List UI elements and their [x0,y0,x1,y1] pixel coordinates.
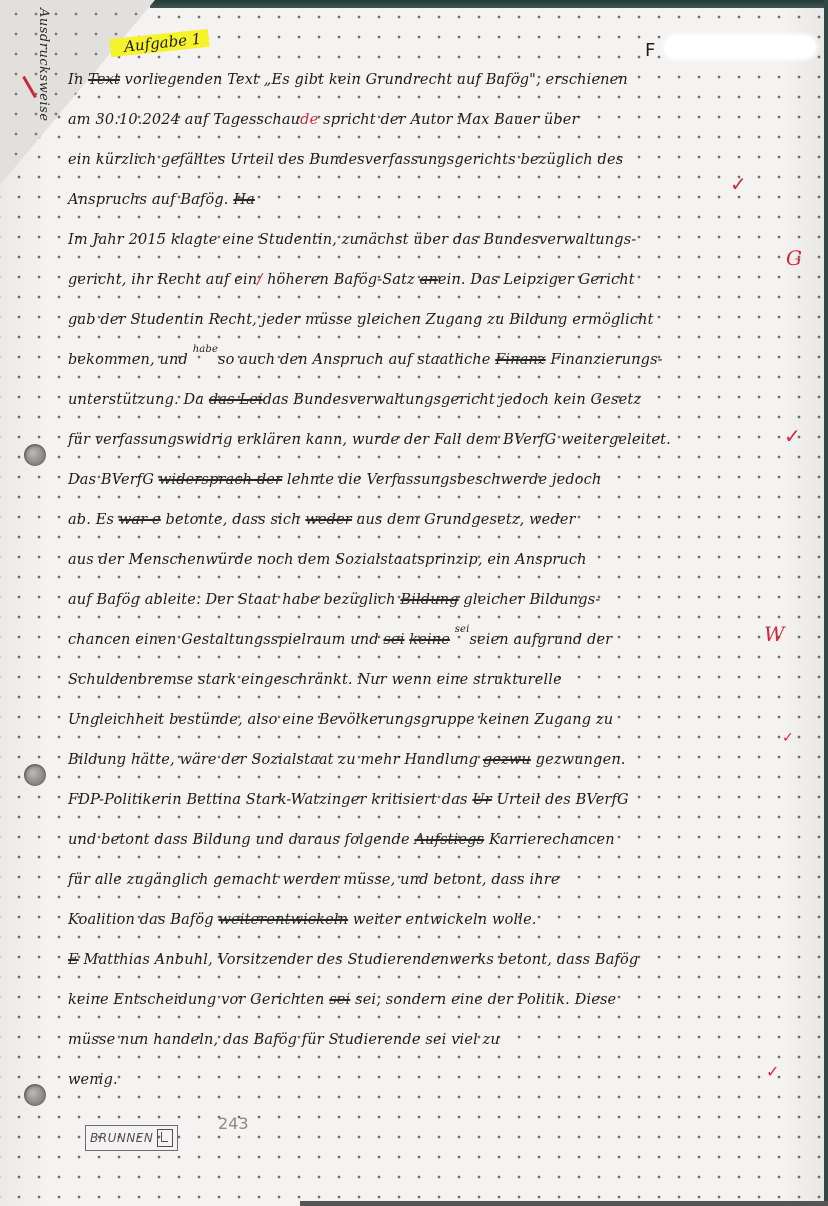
struck-text: das Lei [209,392,263,408]
text-line: auf Bafög ableite. Der Staat habe bezügl… [68,580,788,620]
text-segment: ein kürzlich gefälltes Urteil des Bundes… [68,152,623,168]
struck-text: Ur [472,792,491,808]
text-line: Bildung hätte, wäre der Sozialstaat zu m… [68,740,788,780]
text-segment: Karrierechancen [484,832,615,848]
checkmark-icon: ✓ [730,172,747,196]
text-segment: Finanzierungs- [546,352,663,368]
student-name-initial: F [645,40,655,61]
text-segment: wenig. [68,1072,118,1088]
text-line: In Text vorliegenden Text „Es gibt kein … [68,60,788,100]
text-segment: für alle zugänglich gemacht werden müsse… [68,872,560,888]
grammar-correction-mark: G [786,246,802,270]
brand-logo: BRUNNEN [85,1125,178,1151]
punch-hole [24,1084,46,1106]
struck-text: Bildung [400,592,458,608]
text-line: chancen einen Gestaltungsspielraum und s… [68,620,788,660]
struck-text: Aufstiegs [414,832,484,848]
struck-text: Finanz [495,352,546,368]
text-segment: sei, sondern eine der Politik. Diese [350,992,616,1008]
text-segment: chancen einen Gestaltungsspielraum und [68,632,383,648]
text-line: aus der Menschenwürde noch dem Sozialsta… [68,540,788,580]
text-line: gericht, ihr Recht auf ein/ höheren Bafö… [68,260,788,300]
text-line: Ungleichheit bestünde, also eine Bevölke… [68,700,788,740]
word-choice-correction-mark: W [764,622,785,646]
text-segment: ab. Es [68,512,119,528]
text-line: für alle zugänglich gemacht werden müsse… [68,860,788,900]
text-segment: höheren Bafög-Satz [262,272,419,288]
text-segment: auf Bafög ableite. Der Staat habe bezügl… [68,592,400,608]
text-segment: lehnte die Verfassungsbeschwerde jedoch [282,472,601,488]
background-edge [824,0,828,1206]
text-segment: gezwungen. [531,752,626,768]
text-segment: spricht der Autor Max Bauer über [318,112,578,128]
punch-hole [24,764,46,786]
text-segment: Ungleichheit bestünde, also eine Bevölke… [68,712,613,728]
text-segment: das Bundesverwaltungsgericht jedoch kein… [263,392,641,408]
text-segment: Bildung hätte, wäre der Sozialstaat zu m… [68,752,483,768]
margin-note: Ausdrucksweise [36,8,51,122]
text-line: müsse nun handeln, das Bafög für Studier… [68,1020,788,1060]
text-segment: vorliegenden Text „Es gibt kein Grundrec… [120,72,628,88]
text-line: E Matthias Anbuhl, Vorsitzender des Stud… [68,940,788,980]
text-line: Im Jahr 2015 klagte eine Studentin, zunä… [68,220,788,260]
red-correction: de [300,112,318,128]
text-segment: am 30.10.2024 auf Tagesschau [68,112,300,128]
checkmark-icon: ✓ [782,730,794,746]
text-segment: bekommen, und [68,352,193,368]
struck-text: widersprach der [159,472,282,488]
text-segment: gericht, ihr Recht auf ein [68,272,257,288]
struck-text: gezwu [483,752,531,768]
struck-text: sei [329,992,350,1008]
text-line: keine Entscheidung vor Gerichten sei sei… [68,980,788,1020]
struck-text: E [68,952,79,968]
page-number: 243 [218,1114,249,1133]
punch-hole [24,444,46,466]
text-segment: Koalition das Bafög [68,912,219,928]
text-segment: Schuldenbremse stark eingeschränkt. Nur … [68,672,562,688]
text-segment: FDP-Politikerin Bettina Stark-Watzinger … [68,792,472,808]
text-line: Schuldenbremse stark eingeschränkt. Nur … [68,660,788,700]
text-segment: und betont dass Bildung und daraus folge… [68,832,414,848]
text-segment: seien aufgrund der [469,632,612,648]
checkmark-icon: ✓ [766,1062,779,1081]
text-segment: aus dem Grundgesetz, weder [352,512,576,528]
inserted-word: habe [193,344,218,355]
struck-text: an [420,272,438,288]
text-segment: Das BVerfG [68,472,159,488]
text-segment: gleicher Bildungs- [459,592,601,608]
text-segment: betonte, dass sich [161,512,306,528]
text-segment: Im Jahr 2015 klagte eine Studentin, zunä… [68,232,636,248]
text-line: und betont dass Bildung und daraus folge… [68,820,788,860]
name-redaction [665,36,815,58]
struck-text: war e [119,512,161,528]
text-segment: müsse nun handeln, das Bafög für Studier… [68,1032,500,1048]
text-segment: Urteil des BVerfG [492,792,629,808]
brand-name: BRUNNEN [90,1131,153,1145]
text-segment: aus der Menschenwürde noch dem Sozialsta… [68,552,587,568]
text-segment: ein. Das Leipziger Gericht [438,272,635,288]
text-line: FDP-Politikerin Bettina Stark-Watzinger … [68,780,788,820]
struck-text: weiterentwickeln [219,912,349,928]
text-segment: weiter entwickeln wolle. [348,912,536,928]
text-line: gab der Studentin Recht, jeder müsse gle… [68,300,788,340]
struck-text: keine [409,632,450,648]
checkmark-icon: ✓ [784,424,801,448]
brand-emblem-icon [157,1129,173,1147]
struck-text: Text [88,72,120,88]
text-segment: Matthias Anbuhl, Vorsitzender des Studie… [79,952,639,968]
text-segment: In [68,72,88,88]
handwritten-text: In Text vorliegenden Text „Es gibt kein … [68,60,788,1100]
text-line: Das BVerfG widersprach der lehnte die Ve… [68,460,788,500]
text-line: bekommen, und habeso auch den Anspruch a… [68,340,788,380]
text-line: ein kürzlich gefälltes Urteil des Bundes… [68,140,788,180]
text-line: Anspruchs auf Bafög. Ha [68,180,788,220]
text-line: wenig. [68,1060,788,1100]
text-line: am 30.10.2024 auf Tagesschaude spricht d… [68,100,788,140]
inserted-word: sei [455,624,470,635]
struck-text: Ha [233,192,255,208]
text-line: Koalition das Bafög weiterentwickeln wei… [68,900,788,940]
text-segment: gab der Studentin Recht, jeder müsse gle… [68,312,654,328]
struck-text: weder [305,512,352,528]
background-edge-bottom [300,1201,828,1206]
background-surface [150,0,828,8]
struck-text: sei [383,632,404,648]
text-segment: unterstützung. Da [68,392,209,408]
text-line: ab. Es war e betonte, dass sich weder au… [68,500,788,540]
text-line: für verfassungswidrig erklären kann, wur… [68,420,788,460]
text-line: unterstützung. Da das Leidas Bundesverwa… [68,380,788,420]
text-segment: Anspruchs auf Bafög. [68,192,233,208]
text-segment: keine Entscheidung vor Gerichten [68,992,329,1008]
text-segment: so auch den Anspruch auf staatliche [218,352,495,368]
text-segment: für verfassungswidrig erklären kann, wur… [68,432,671,448]
